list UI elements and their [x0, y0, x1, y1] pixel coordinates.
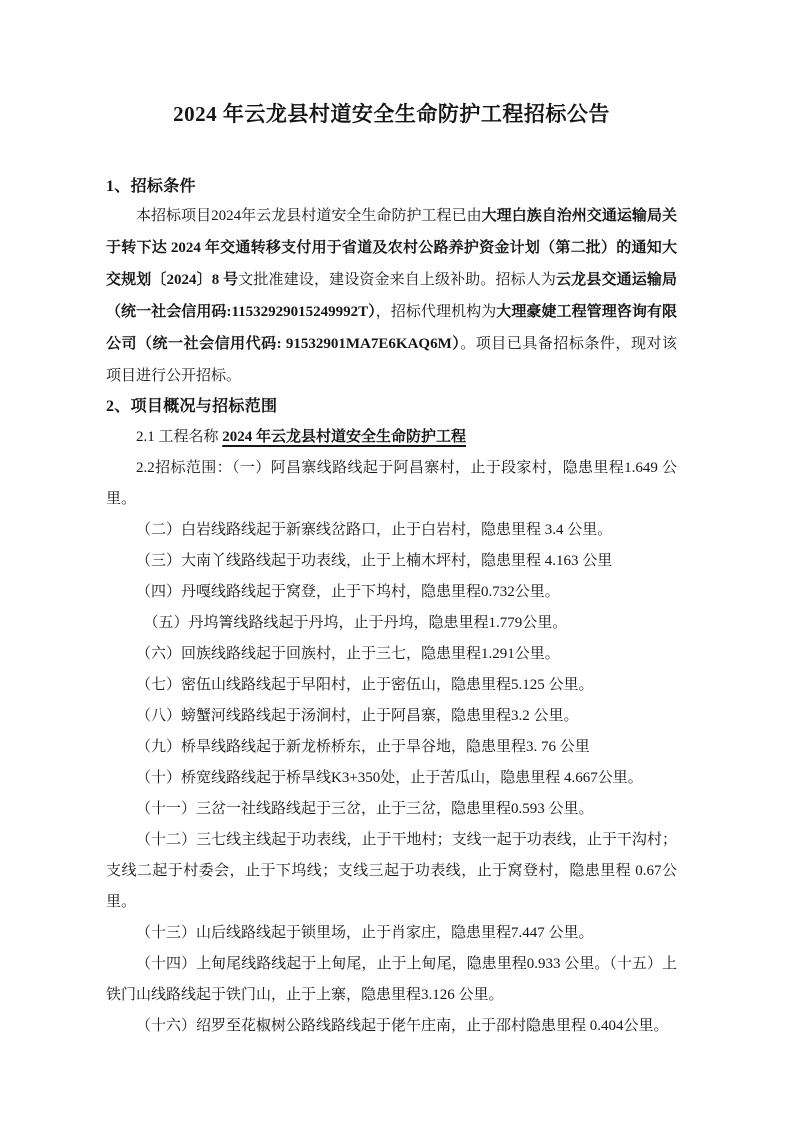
scope-item: （二）白岩线路线起于新寨线岔路口，止于白岩村，隐患里程 3.4 公里。 — [106, 515, 677, 546]
project-name-label: 2.1 工程名称 — [136, 429, 222, 445]
text-run: ，招标代理机构为 — [376, 304, 497, 320]
section-1-paragraph: 本招标项目2024年云龙县村道安全生命防护工程已由大理白族自治州交通运输局关于转… — [106, 200, 677, 392]
project-name-line: 2.1 工程名称 2024 年云龙县村道安全生命防护工程 — [106, 422, 677, 453]
scope-item: （十二）三七线主线起于功表线，止于干地村；支线一起于功表线，止于干沟村；支线二起… — [106, 825, 677, 918]
scope-item: （十四）上甸尾线路线起于上甸尾，止于上甸尾，隐患里程0.933 公里。（十五）上… — [106, 949, 677, 1011]
section-2-body: 2.1 工程名称 2024 年云龙县村道安全生命防护工程 2.2招标范围：（一）… — [106, 422, 677, 1042]
scope-item: （十六）绍罗至花椒树公路线路线起于佬午庄南，止于邵村隐患里程 0.404公里。 — [106, 1011, 677, 1042]
section-1-heading: 1、招标条件 — [106, 174, 677, 200]
scope-item: （九）桥旱线路线起于新龙桥桥东，止于旱谷地，隐患里程3. 76 公里 — [106, 732, 677, 763]
scope-item: （三）大南丫线路线起于功表线，止于上楠木坪村，隐患里程 4.163 公里 — [106, 546, 677, 577]
project-name: 2024 年云龙县村道安全生命防护工程 — [222, 429, 466, 445]
scope-item: （十三）山后线路线起于锁里场，止于肖家庄，隐患里程7.447 公里。 — [106, 918, 677, 949]
document-title: 2024 年云龙县村道安全生命防护工程招标公告 — [106, 100, 677, 128]
scope-item: （十一）三岔一社线路线起于三岔，止于三岔，隐患里程0.593 公里。 — [106, 794, 677, 825]
text-run: 文批准建设，建设资金来自上级补助。招标人为 — [238, 272, 556, 288]
scope-item: （七）密伍山线路线起于早阳村，止于密伍山，隐患里程5.125 公里。 — [106, 670, 677, 701]
scope-item: （八）螃蟹河线路线起于汤涧村，止于阿昌寨，隐患里程3.2 公里。 — [106, 701, 677, 732]
scope-item: （四）丹嘎线路线起于窝登，止于下坞村，隐患里程0.732公里。 — [106, 577, 677, 608]
scope-item: （六）回族线路线起于回族村，止于三七，隐患里程1.291公里。 — [106, 639, 677, 670]
scope-item: （五）丹坞箐线路线起于丹坞，止于丹坞，隐患里程1.779公里。 — [106, 608, 677, 639]
scope-item: （十）桥宽线路线起于桥旱线K3+350处，止于苦瓜山，隐患里程 4.667公里。 — [106, 763, 677, 794]
section-2-heading: 2、项目概况与招标范围 — [106, 392, 677, 422]
text-run: 本招标项目2024年云龙县村道安全生命防护工程已由 — [136, 208, 482, 224]
document-page: 2024 年云龙县村道安全生命防护工程招标公告 1、招标条件 本招标项目2024… — [0, 0, 793, 1122]
scope-lead-line: 2.2招标范围：（一）阿昌寨线路线起于阿昌寨村，止于段家村，隐患里程1.649 … — [106, 453, 677, 515]
